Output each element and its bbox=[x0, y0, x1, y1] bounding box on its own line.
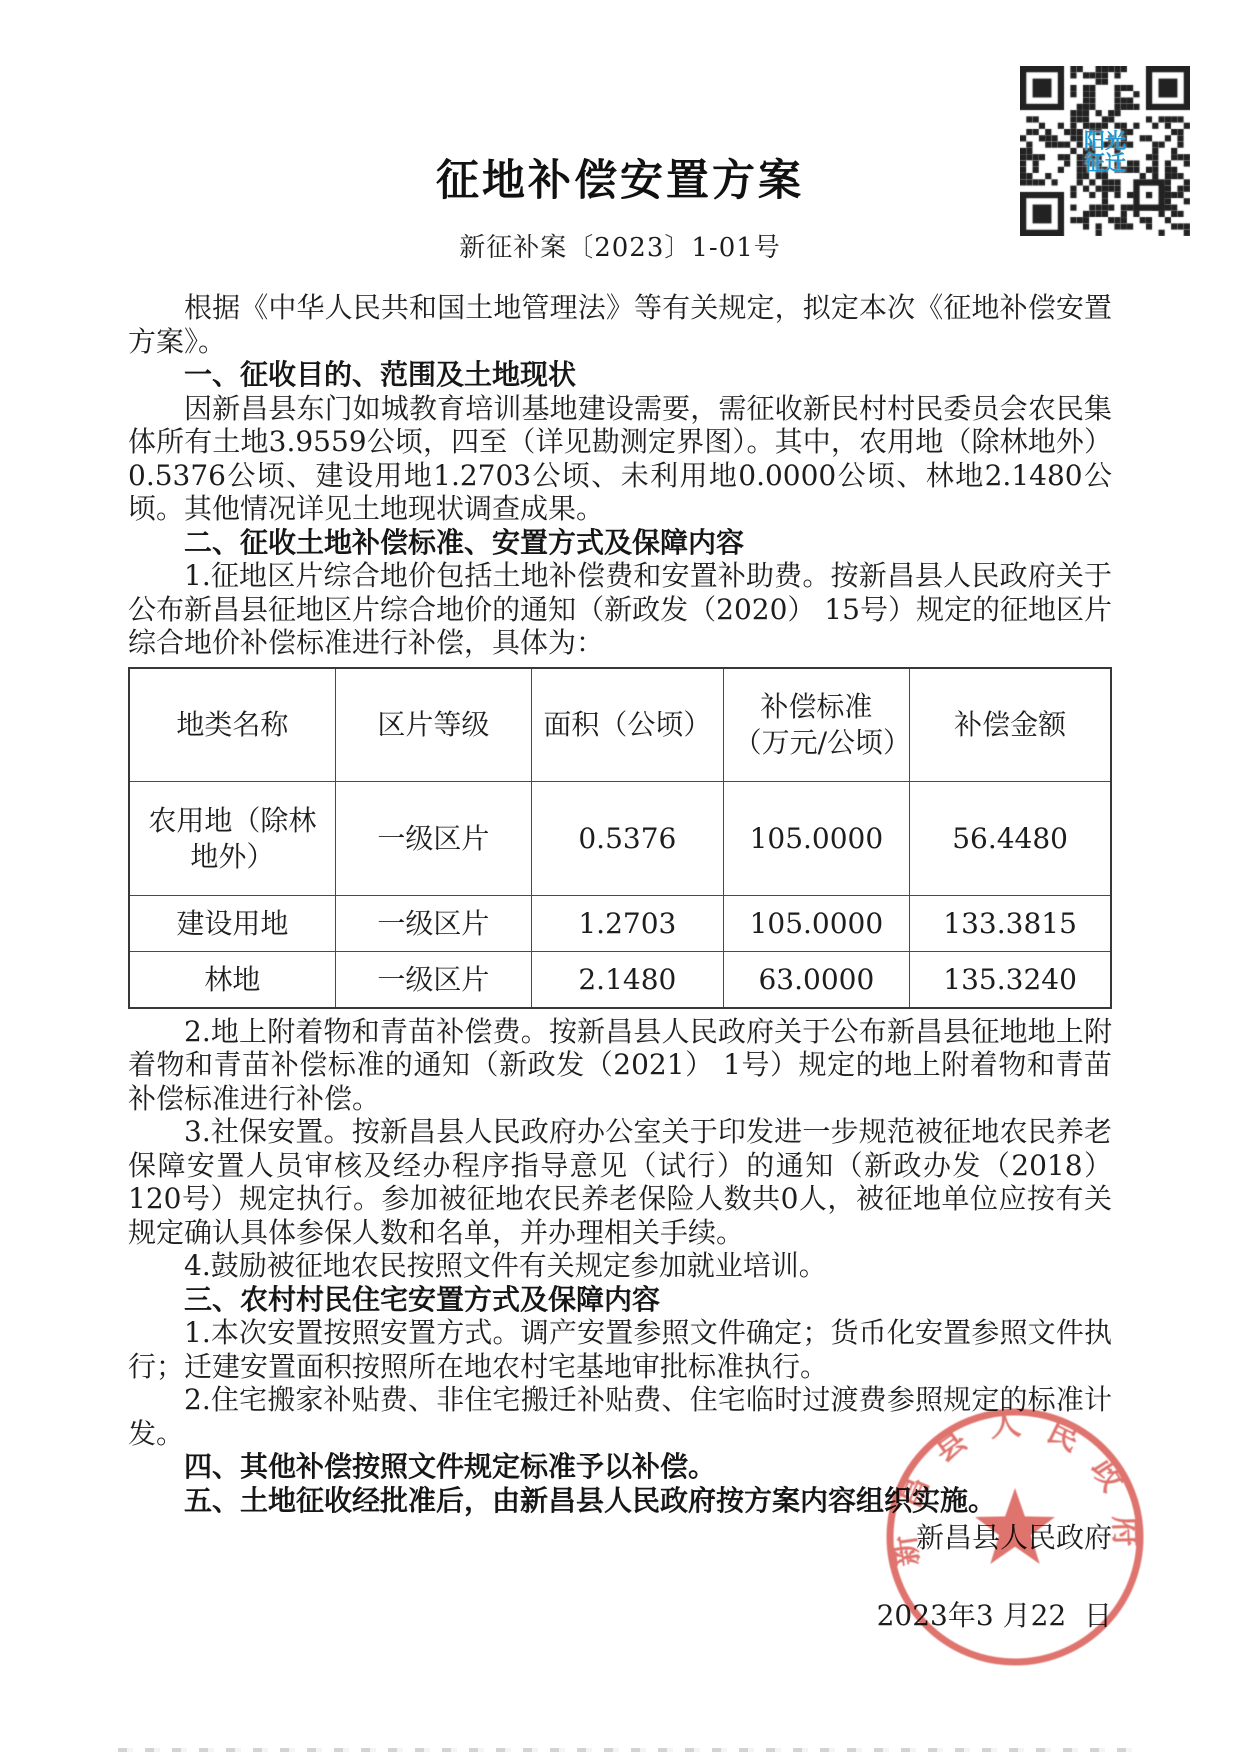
section-heading-4: 四、其他补偿按照文件规定标准予以补偿。 bbox=[128, 1450, 1112, 1484]
next-page-ghost-line bbox=[118, 1748, 1140, 1752]
paragraph-intro: 根据《中华人民共和国土地管理法》等有关规定，拟定本次《征地补偿安置方案》。 bbox=[128, 291, 1112, 358]
table-header-row: 地类名称 区片等级 面积（公顷） 补偿标准（万元/公顷） 补偿金额 bbox=[129, 668, 1111, 782]
table-header-cell: 地类名称 bbox=[129, 668, 335, 782]
section-heading-5: 五、土地征收经批准后，由新昌县人民政府按方案内容组织实施。 bbox=[128, 1484, 1112, 1518]
table-header-cell: 面积（公顷） bbox=[532, 668, 723, 782]
table-cell: 56.4480 bbox=[910, 782, 1111, 896]
paragraph-housing: 1.本次安置按照安置方式。调产安置参照文件确定；货币化安置参照文件执行；迁建安置… bbox=[128, 1316, 1112, 1383]
table-cell: 农用地（除林地外） bbox=[129, 782, 335, 896]
table-row: 建设用地 一级区片 1.2703 105.0000 133.3815 bbox=[129, 896, 1111, 952]
section-heading-2: 二、征收土地补偿标准、安置方式及保障内容 bbox=[128, 526, 1112, 560]
table-cell: 1.2703 bbox=[532, 896, 723, 952]
table-cell: 105.0000 bbox=[723, 782, 910, 896]
table-cell: 一级区片 bbox=[335, 782, 531, 896]
document-body: 根据《中华人民共和国土地管理法》等有关规定，拟定本次《征地补偿安置方案》。 一、… bbox=[128, 291, 1112, 1632]
compensation-table: 地类名称 区片等级 面积（公顷） 补偿标准（万元/公顷） 补偿金额 农用地（除林… bbox=[128, 667, 1112, 1009]
table-cell: 105.0000 bbox=[723, 896, 910, 952]
page-title: 征地补偿安置方案 bbox=[128, 158, 1112, 205]
paragraph-attachments: 2.地上附着物和青苗补偿费。按新昌县人民政府关于公布新昌县征地地上附着物和青苗补… bbox=[128, 1015, 1112, 1116]
date: 2023年3 月22 日 bbox=[128, 1599, 1112, 1633]
table-cell: 63.0000 bbox=[723, 952, 910, 1008]
table-cell: 0.5376 bbox=[532, 782, 723, 896]
signature: 新昌县人民政府 bbox=[128, 1521, 1112, 1555]
table-cell: 一级区片 bbox=[335, 952, 531, 1008]
table-cell: 2.1480 bbox=[532, 952, 723, 1008]
table-row: 林地 一级区片 2.1480 63.0000 135.3240 bbox=[129, 952, 1111, 1008]
table-cell: 135.3240 bbox=[910, 952, 1111, 1008]
table-cell: 建设用地 bbox=[129, 896, 335, 952]
paragraph-moving-subsidy: 2.住宅搬家补贴费、非住宅搬迁补贴费、住宅临时过渡费参照规定的标准计发。 bbox=[128, 1383, 1112, 1450]
table-header-cell: 补偿标准（万元/公顷） bbox=[723, 668, 910, 782]
paragraph-price-standard: 1.征地区片综合地价包括土地补偿费和安置补助费。按新昌县人民政府关于公布新昌县征… bbox=[128, 559, 1112, 660]
paragraph-training: 4.鼓励被征地农民按照文件有关规定参加就业培训。 bbox=[128, 1249, 1112, 1283]
table-row: 农用地（除林地外） 一级区片 0.5376 105.0000 56.4480 bbox=[129, 782, 1111, 896]
paragraph-social-security: 3.社保安置。按新昌县人民政府办公室关于印发进一步规范被征地农民养老保障安置人员… bbox=[128, 1115, 1112, 1249]
doc-number: 新征补案〔2023〕1-01号 bbox=[128, 227, 1112, 264]
paragraph-purpose: 因新昌县东门如城教育培训基地建设需要，需征收新民村村民委员会农民集体所有土地3.… bbox=[128, 392, 1112, 526]
table-header-cell: 区片等级 bbox=[335, 668, 531, 782]
table-cell: 133.3815 bbox=[910, 896, 1111, 952]
section-heading-3: 三、农村村民住宅安置方式及保障内容 bbox=[128, 1283, 1112, 1317]
table-cell: 一级区片 bbox=[335, 896, 531, 952]
document-content: 征地补偿安置方案 新征补案〔2023〕1-01号 根据《中华人民共和国土地管理法… bbox=[128, 0, 1112, 1632]
table-header-cell: 补偿金额 bbox=[910, 668, 1111, 782]
table-cell: 林地 bbox=[129, 952, 335, 1008]
section-heading-1: 一、征收目的、范围及土地现状 bbox=[128, 358, 1112, 392]
document-page: 阳光 征迁 征地补偿安置方案 新征补案〔2023〕1-01号 根据《中华人民共和… bbox=[0, 0, 1240, 1753]
